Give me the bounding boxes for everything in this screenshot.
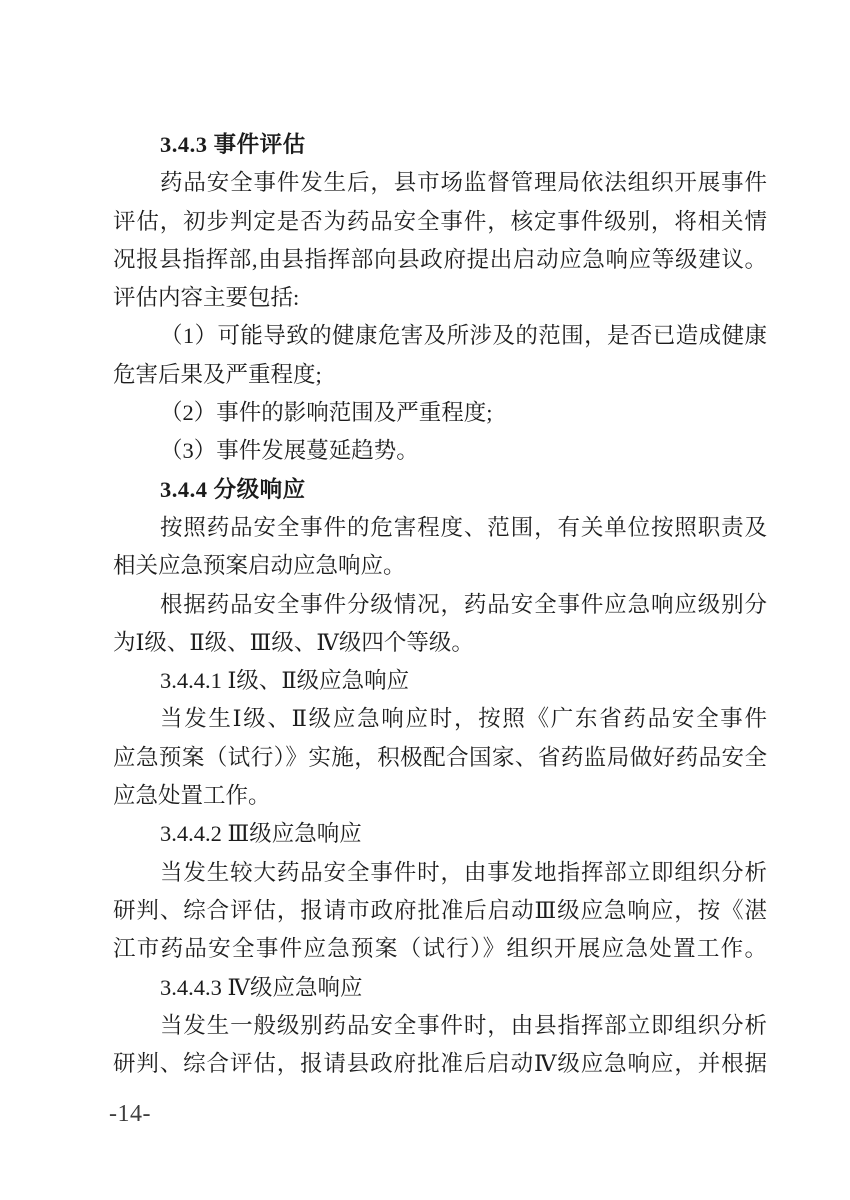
text-line: 当发生较大药品安全事件时，由事发地指挥部立即组织分析 [113, 854, 767, 892]
subsection-heading-3441: 3.4.4.1 Ⅰ级、Ⅱ级应急响应 [113, 662, 767, 700]
text-line: 药品安全事件发生后，县市场监督管理局依法组织开展事件 [113, 164, 767, 202]
section-heading-344: 3.4.4 分级响应 [113, 471, 767, 509]
section-heading-343: 3.4.3 事件评估 [113, 126, 767, 164]
text-line: 按照药品安全事件的危害程度、范围，有关单位按照职责及 [113, 509, 767, 547]
text-line: 应急处置工作。 [113, 777, 767, 815]
text-line: 况报县指挥部,由县指挥部向县政府提出启动应急响应等级建议。 [113, 241, 767, 279]
document-text-block: 3.4.3 事件评估 药品安全事件发生后，县市场监督管理局依法组织开展事件 评估… [113, 126, 767, 1083]
list-item-2: （2）事件的影响范围及严重程度; [113, 394, 767, 432]
text-line: 相关应急预案启动应急响应。 [113, 547, 767, 585]
list-item-1: （1）可能导致的健康危害及所涉及的范围，是否已造成健康 [113, 317, 767, 355]
text-line: 应急预案（试行）》实施，积极配合国家、省药监局做好药品安全 [113, 739, 767, 777]
text-line: 根据药品安全事件分级情况，药品安全事件应急响应级别分 [113, 586, 767, 624]
list-item-3: （3）事件发展蔓延趋势。 [113, 432, 767, 470]
text-line: 评估，初步判定是否为药品安全事件，核定事件级别，将相关情 [113, 203, 767, 241]
subsection-heading-3443: 3.4.4.3 Ⅳ级应急响应 [113, 969, 767, 1007]
text-line: 评估内容主要包括: [113, 279, 767, 317]
text-line: 江市药品安全事件应急预案（试行）》组织开展应急处置工作。 [113, 930, 767, 968]
text-line: 为Ⅰ级、Ⅱ级、Ⅲ级、Ⅳ级四个等级。 [113, 624, 767, 662]
document-page: 3.4.3 事件评估 药品安全事件发生后，县市场监督管理局依法组织开展事件 评估… [0, 0, 850, 1200]
text-line: 当发生Ⅰ级、Ⅱ级应急响应时，按照《广东省药品安全事件 [113, 700, 767, 738]
subsection-heading-3442: 3.4.4.2 Ⅲ级应急响应 [113, 815, 767, 853]
text-line: 当发生一般级别药品安全事件时，由县指挥部立即组织分析 [113, 1007, 767, 1045]
text-line: 研判、综合评估，报请县政府批准后启动Ⅳ级应急响应，并根据 [113, 1045, 767, 1083]
page-number: -14- [109, 1101, 151, 1128]
text-line: 研判、综合评估，报请市政府批准后启动Ⅲ级应急响应，按《湛 [113, 892, 767, 930]
text-line: 危害后果及严重程度; [113, 356, 767, 394]
